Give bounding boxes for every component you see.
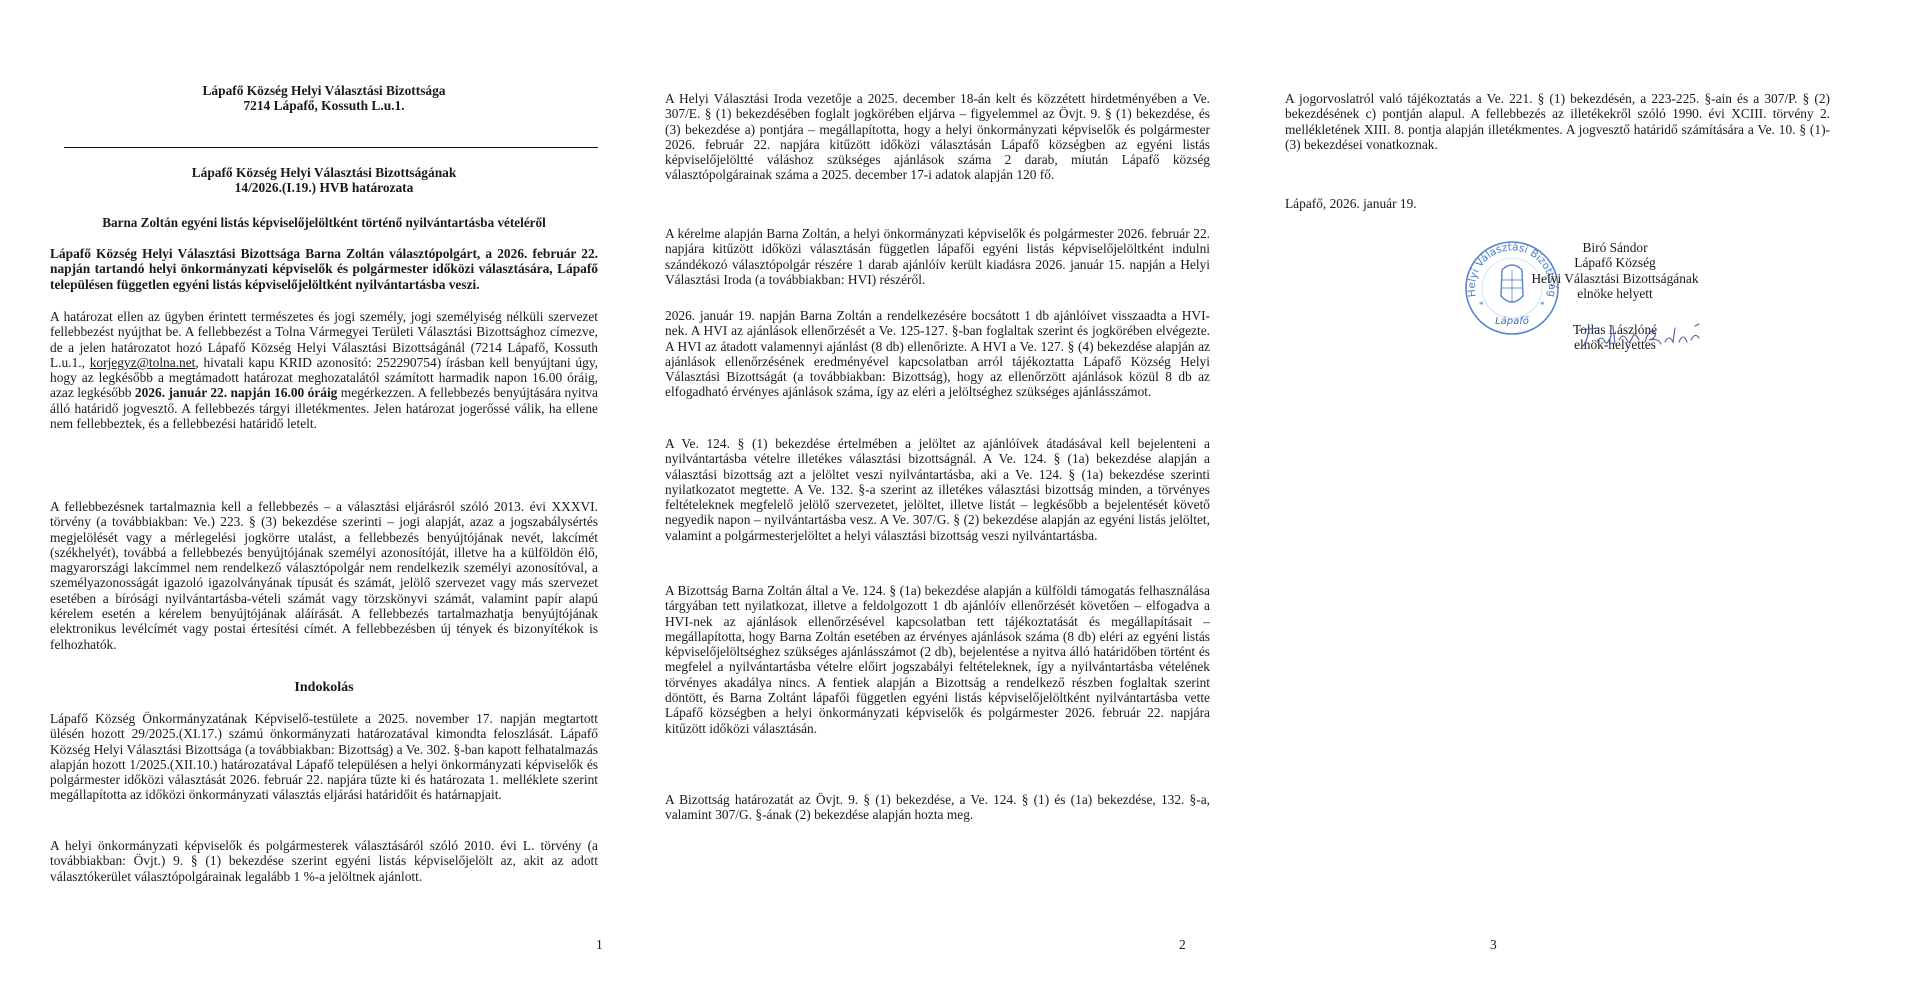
signer-org: Lápafő Község [1485,255,1745,270]
page-1: Lápafő Község Helyi Választási Bizottság… [50,0,598,986]
legal-remedy-paragraph: A jogorvoslatról való tájékoztatás a Ve.… [1285,91,1830,152]
resolution-subject: Barna Zoltán egyéni listás képviselőjelö… [50,215,598,230]
page-number: 3 [1490,937,1497,953]
page-number: 1 [596,937,603,953]
appeal-paragraph-2: A fellebbezésnek tartalmaznia kell a fel… [50,499,598,652]
paragraph-2: A kérelme alapján Barna Zoltán, a helyi … [665,226,1210,287]
org-address: 7214 Lápafő, Kossuth L.u.1. [50,98,598,113]
page-number: 2 [1179,937,1186,953]
paragraph-1: A Helyi Választási Iroda vezetője a 2025… [665,91,1210,183]
paragraph-4: A Ve. 124. § (1) bekezdése értelmében a … [665,436,1210,543]
title-line-2: 14/2026.(I.19.) HVB határozata [50,180,598,195]
reasoning-heading: Indokolás [50,680,598,695]
org-name: Lápafő Község Helyi Választási Bizottság… [50,83,598,98]
reasoning-paragraph-1: Lápafő Község Önkormányzatának Képviselő… [50,711,598,803]
paragraph-6: A Bizottság határozatát az Övjt. 9. § (1… [665,792,1210,823]
decision-paragraph: Lápafő Község Helyi Választási Bizottság… [50,246,598,292]
svg-text:*: * [1479,300,1484,310]
signer-name: Biró Sándor [1485,240,1745,255]
appeal-deadline: 2026. január 22. napján 16.00 óráig [135,385,337,400]
signer-capacity: elnöke helyett [1485,286,1745,301]
email-link[interactable]: korjegyz@tolna.net [90,355,196,370]
letterhead: Lápafő Község Helyi Választási Bizottság… [50,83,598,114]
handwritten-signature-icon [1575,322,1705,350]
appeal-paragraph-1: A határozat ellen az ügyben érintett ter… [50,309,598,431]
title-line-1: Lápafő Község Helyi Választási Bizottság… [50,165,598,180]
header-rule [64,147,598,148]
signer-body: Helyi Választási Bizottságának [1485,271,1745,286]
page-2: A Helyi Választási Iroda vezetője a 2025… [665,0,1210,986]
place-date: Lápafő, 2026. január 19. [1285,196,1830,211]
reasoning-paragraph-2: A helyi önkormányzati képviselők és polg… [50,838,598,884]
resolution-title: Lápafő Község Helyi Választási Bizottság… [50,165,598,196]
paragraph-3: 2026. január 19. napján Barna Zoltán a r… [665,308,1210,400]
page-3: A jogorvoslatról való tájékoztatás a Ve.… [1285,0,1830,986]
paragraph-5: A Bizottság Barna Zoltán által a Ve. 124… [665,583,1210,736]
